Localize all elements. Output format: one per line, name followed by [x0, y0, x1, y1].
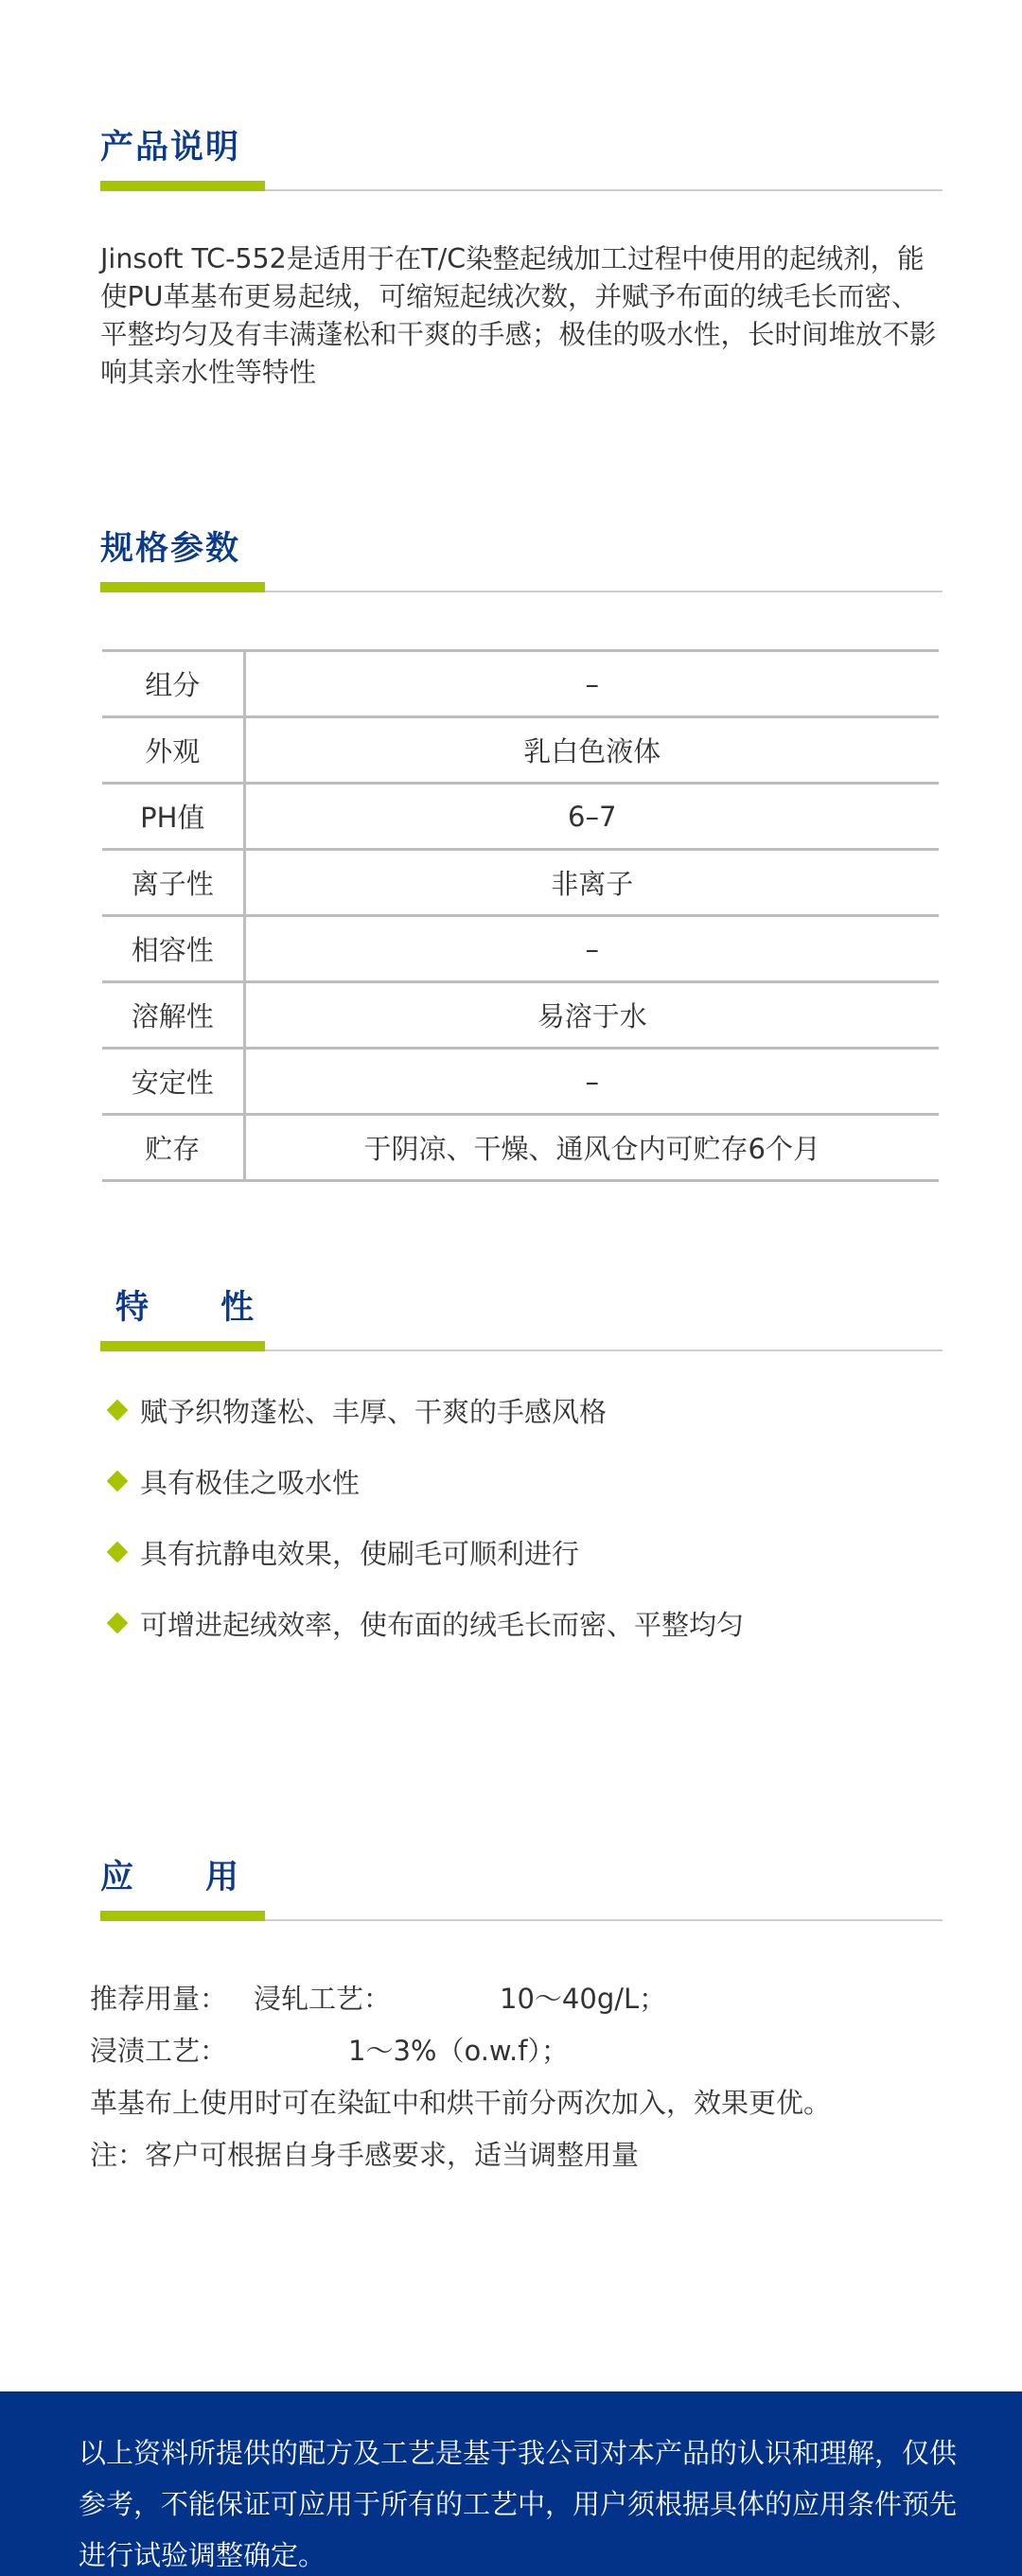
exhaust-line: 浸渍工艺：1～3%（o.w.f）；: [90, 2025, 831, 2077]
list-item: 具有抗静电效果，使刷毛可顺利进行: [106, 1528, 744, 1576]
section-header-application: 应 用: [100, 1857, 943, 1921]
spec-value: 非离子: [244, 850, 939, 916]
padding-value: 10～40g/L；: [500, 1973, 666, 2025]
spec-value: 易溶于水: [244, 982, 939, 1049]
table-row: 贮存于阴凉、干燥、通风仓内可贮存6个月: [102, 1115, 939, 1181]
section-title: 规格参数: [100, 528, 943, 570]
diamond-bullet-icon: [107, 1400, 129, 1421]
spec-key: 安定性: [102, 1049, 244, 1115]
spec-key: 离子性: [102, 850, 244, 916]
feature-text: 可增进起绒效率，使布面的绒毛长而密、平整均匀: [140, 1604, 744, 1643]
feature-text: 具有极佳之吸水性: [140, 1462, 360, 1501]
section-header-description: 产品说明: [100, 127, 943, 191]
feature-text: 赋予织物蓬松、丰厚、干爽的手感风格: [140, 1391, 607, 1430]
table-row: 安定性–: [102, 1049, 939, 1115]
spec-value: –: [244, 651, 939, 717]
title-underline: [100, 1910, 943, 1921]
spec-value: 乳白色液体: [244, 717, 939, 784]
disclaimer-text: 以上资料所提供的配方及工艺是基于我公司对本产品的认识和理解，仅供参考，不能保证可…: [79, 2427, 968, 2576]
spec-key: 组分: [102, 651, 244, 717]
spec-key: 外观: [102, 717, 244, 784]
table-row: PH值6–7: [102, 784, 939, 850]
spec-key: 溶解性: [102, 982, 244, 1049]
spec-key: 贮存: [102, 1115, 244, 1181]
spec-table: 组分– 外观乳白色液体 PH值6–7 离子性非离子 相容性– 溶解性易溶于水 安…: [102, 649, 939, 1182]
title-underline: [100, 180, 943, 191]
diamond-bullet-icon: [107, 1471, 129, 1492]
application-block: 推荐用量：浸轧工艺：10～40g/L； 浸渍工艺：1～3%（o.w.f）； 革基…: [90, 1973, 831, 2181]
list-item: 具有极佳之吸水性: [106, 1457, 744, 1505]
list-item: 赋予织物蓬松、丰厚、干爽的手感风格: [106, 1386, 744, 1434]
list-item: 可增进起绒效率，使布面的绒毛长而密、平整均匀: [106, 1599, 744, 1647]
table-row: 外观乳白色液体: [102, 717, 939, 784]
footer-disclaimer-banner: 以上资料所提供的配方及工艺是基于我公司对本产品的认识和理解，仅供参考，不能保证可…: [0, 2391, 1022, 2576]
section-title: 特 性: [100, 1287, 943, 1329]
exhaust-value: 1～3%（o.w.f）；: [348, 2025, 569, 2077]
diamond-bullet-icon: [107, 1542, 129, 1563]
section-header-features: 特 性: [100, 1287, 943, 1351]
title-underline: [100, 581, 943, 592]
title-underline: [100, 1340, 943, 1351]
feature-text: 具有抗静电效果，使刷毛可顺利进行: [140, 1533, 579, 1572]
spec-value: 6–7: [244, 784, 939, 850]
exhaust-label: 浸渍工艺：: [90, 2035, 227, 2067]
section-title: 产品说明: [100, 127, 943, 168]
feature-list: 赋予织物蓬松、丰厚、干爽的手感风格 具有极佳之吸水性 具有抗静电效果，使刷毛可顺…: [106, 1386, 744, 1670]
dosage-line: 推荐用量：浸轧工艺：10～40g/L；: [90, 1973, 831, 2025]
spec-value: –: [244, 916, 939, 982]
diamond-bullet-icon: [107, 1613, 129, 1634]
application-note: 革基布上使用时可在染缸中和烘干前分两次加入，效果更优。: [90, 2077, 831, 2129]
table-row: 溶解性易溶于水: [102, 982, 939, 1049]
spec-value: 于阴凉、干燥、通风仓内可贮存6个月: [244, 1115, 939, 1181]
spec-key: PH值: [102, 784, 244, 850]
table-row: 相容性–: [102, 916, 939, 982]
section-header-specs: 规格参数: [100, 528, 943, 592]
application-note: 注：客户可根据自身手感要求，适当调整用量: [90, 2129, 831, 2181]
spec-key: 相容性: [102, 916, 244, 982]
spec-value: –: [244, 1049, 939, 1115]
product-description: Jinsoft TC-552是适用于在T/C染整起绒加工过程中使用的起绒剂，能使…: [100, 240, 943, 392]
section-title: 应 用: [100, 1857, 943, 1898]
table-row: 组分–: [102, 651, 939, 717]
table-row: 离子性非离子: [102, 850, 939, 916]
padding-label: 浸轧工艺：: [254, 1983, 391, 2015]
dosage-label: 推荐用量：: [90, 1983, 227, 2015]
